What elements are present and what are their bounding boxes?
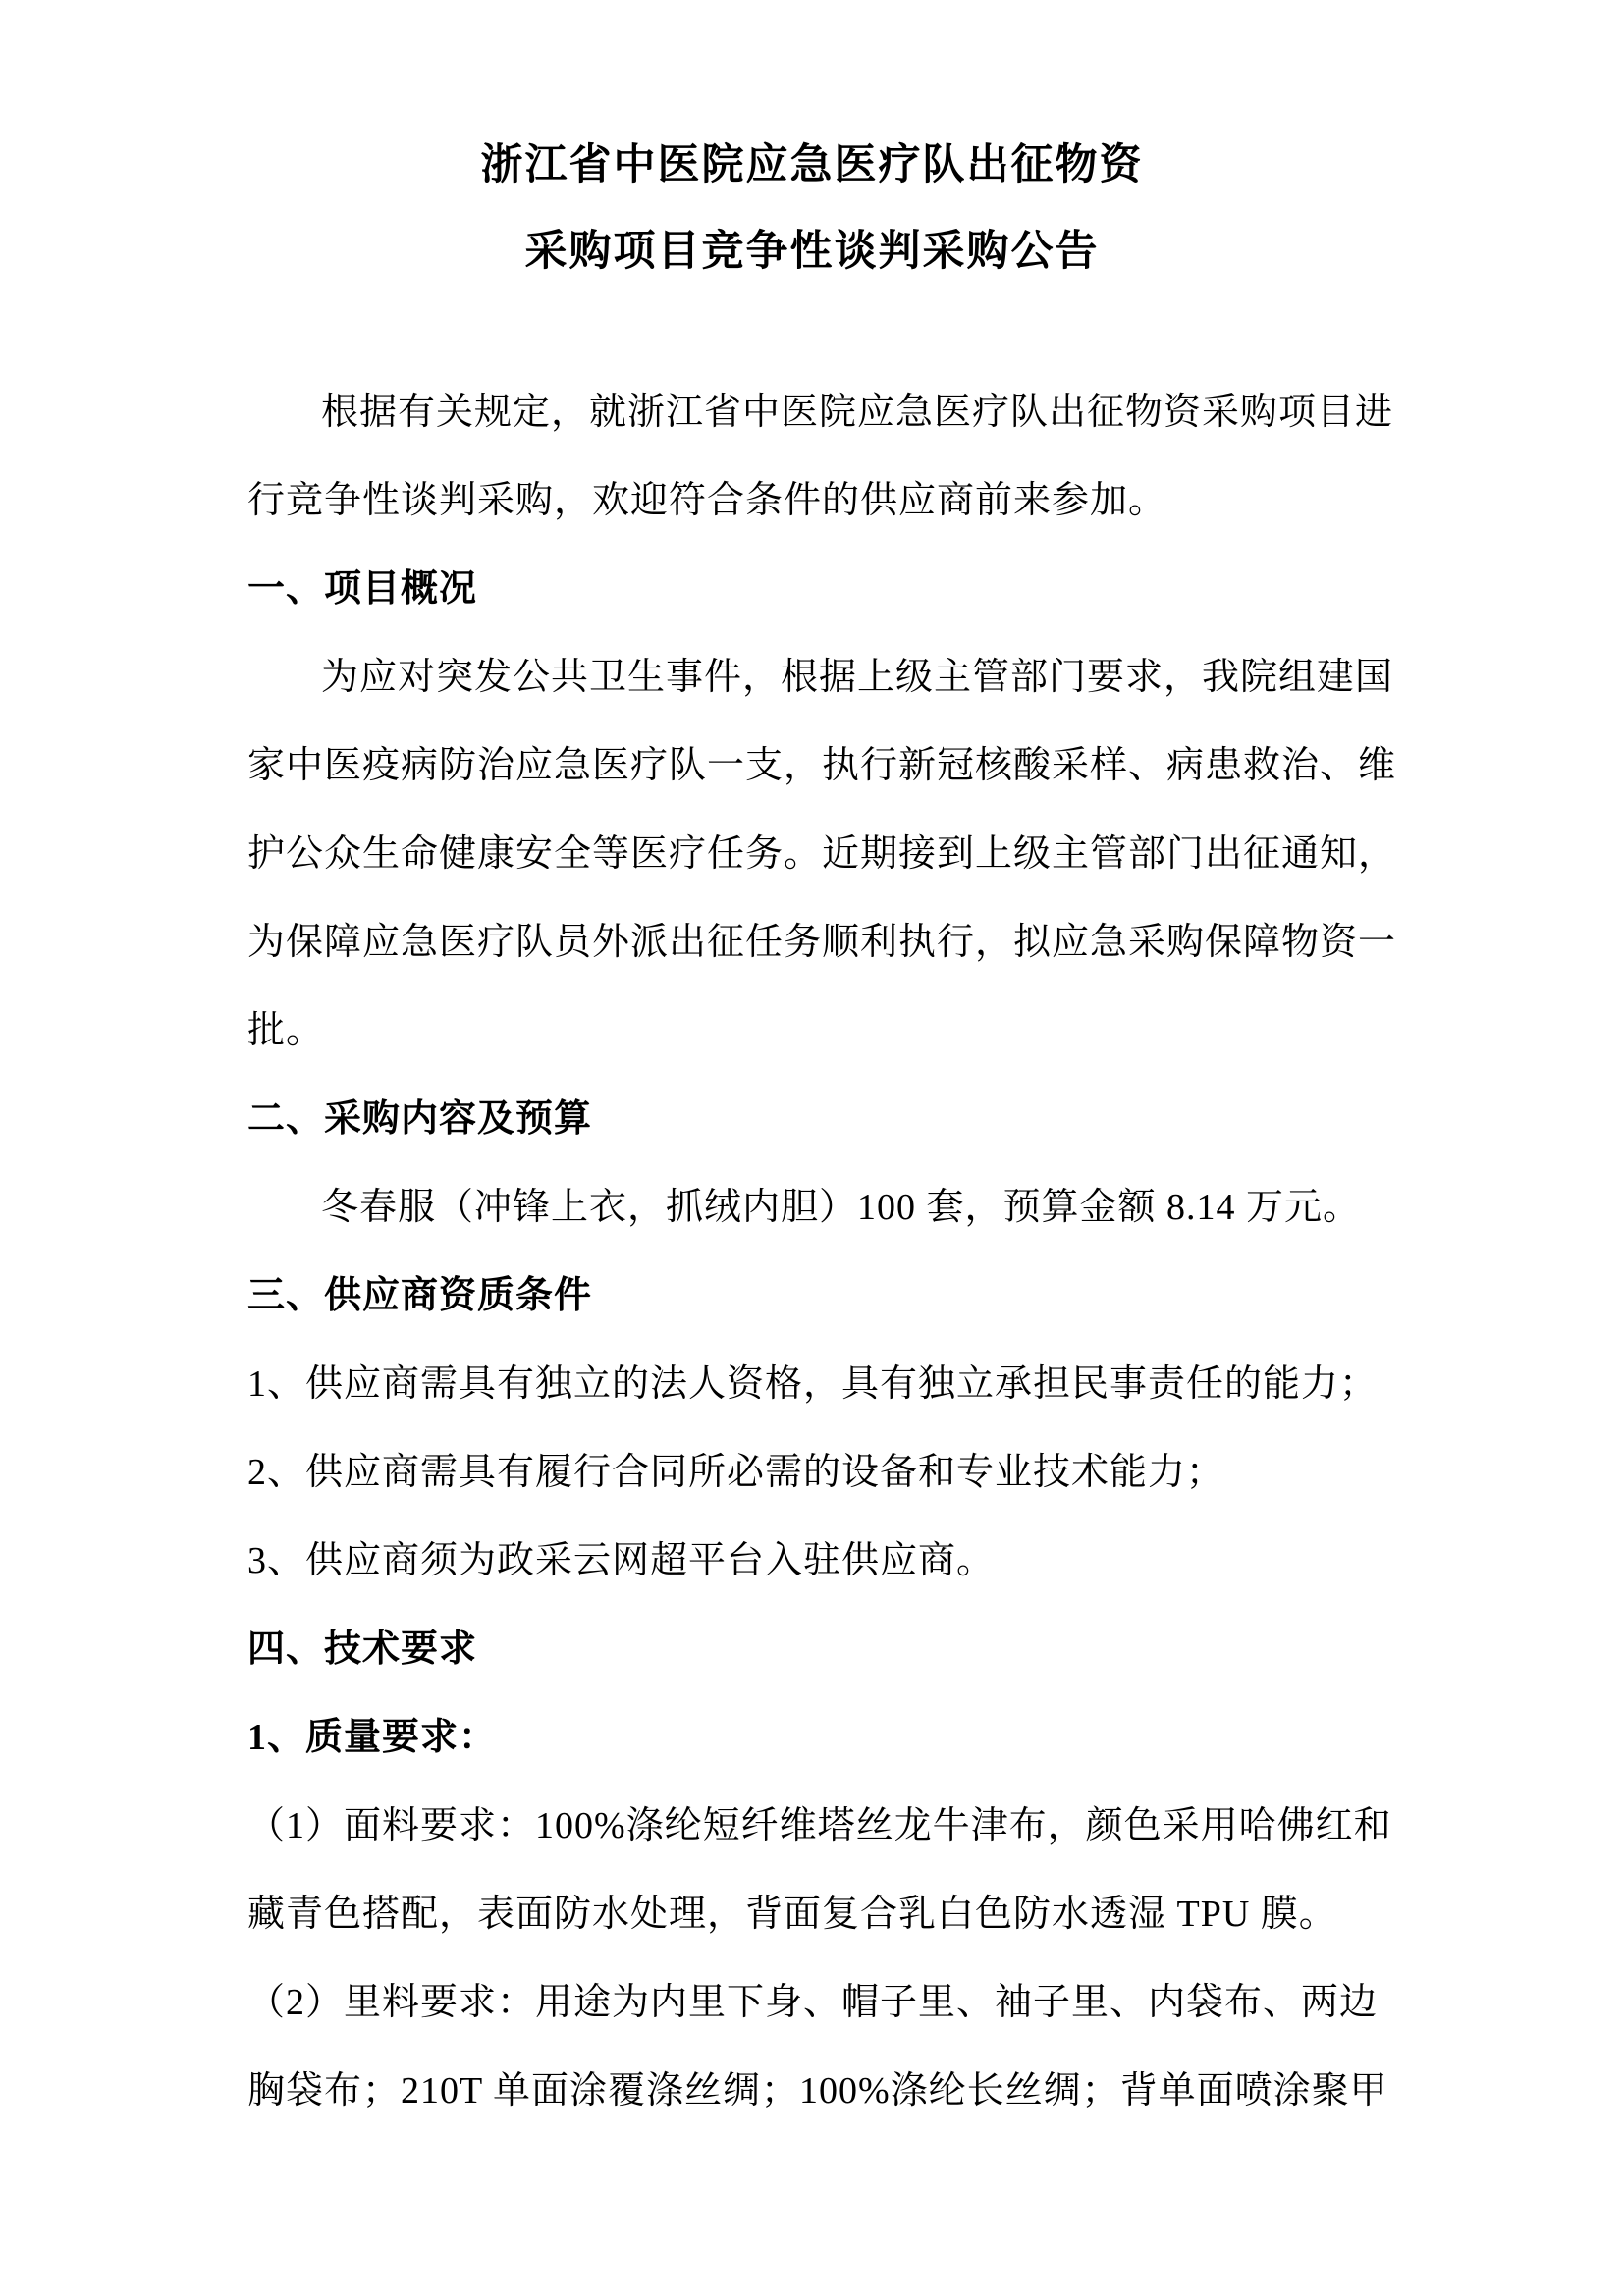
section-4-heading: 四、技术要求 <box>247 1605 1377 1693</box>
section-2-heading: 二、采购内容及预算 <box>247 1075 1377 1163</box>
section-1-line-1: 为应对突发公共卫生事件，根据上级主管部门要求，我院组建国 <box>247 633 1377 721</box>
section-3-item-1: 1、供应商需具有独立的法人资格，具有独立承担民事责任的能力； <box>247 1340 1377 1428</box>
document-title: 浙江省中医院应急医疗队出征物资 采购项目竞争性谈判采购公告 <box>247 123 1377 295</box>
title-line-2: 采购项目竞争性谈判采购公告 <box>247 209 1377 295</box>
section-3-heading: 三、供应商资质条件 <box>247 1252 1377 1340</box>
intro-line-1: 根据有关规定，就浙江省中医院应急医疗队出征物资采购项目进 <box>247 368 1377 456</box>
section-3-item-2: 2、供应商需具有履行合同所必需的设备和专业技术能力； <box>247 1428 1377 1517</box>
fabric-requirement-line-2: 藏青色搭配，表面防水处理，背面复合乳白色防水透湿 TPU 膜。 <box>247 1870 1377 1958</box>
intro-line-2: 行竞争性谈判采购，欢迎符合条件的供应商前来参加。 <box>247 456 1377 545</box>
section-3-item-3: 3、供应商须为政采云网超平台入驻供应商。 <box>247 1517 1377 1605</box>
document-body: 浙江省中医院应急医疗队出征物资 采购项目竞争性谈判采购公告 根据有关规定，就浙江… <box>247 0 1377 2135</box>
section-1-line-2: 家中医疫病防治应急医疗队一支，执行新冠核酸采样、病患救治、维 <box>247 721 1377 810</box>
section-1-line-3: 护公众生命健康安全等医疗任务。近期接到上级主管部门出征通知， <box>247 810 1377 898</box>
section-1-line-4: 为保障应急医疗队员外派出征任务顺利执行，拟应急采购保障物资一 <box>247 898 1377 987</box>
section-1-line-5: 批。 <box>247 987 1377 1075</box>
section-2-line-1: 冬春服（冲锋上衣，抓绒内胆）100 套，预算金额 8.14 万元。 <box>247 1163 1377 1252</box>
section-1-heading: 一、项目概况 <box>247 545 1377 633</box>
lining-requirement-line-2: 胸袋布；210T 单面涂覆涤丝绸；100%涤纶长丝绸；背单面喷涂聚甲 <box>247 2047 1377 2135</box>
title-line-1: 浙江省中医院应急医疗队出征物资 <box>247 123 1377 209</box>
fabric-requirement-line-1: （1）面料要求：100%涤纶短纤维塔丝龙牛津布，颜色采用哈佛红和 <box>247 1782 1377 1870</box>
quality-heading: 1、质量要求： <box>247 1693 1377 1782</box>
lining-requirement-line-1: （2）里料要求：用途为内里下身、帽子里、袖子里、内袋布、两边 <box>247 1958 1377 2047</box>
document-page: 浙江省中医院应急医疗队出征物资 采购项目竞争性谈判采购公告 根据有关规定，就浙江… <box>0 0 1624 2296</box>
